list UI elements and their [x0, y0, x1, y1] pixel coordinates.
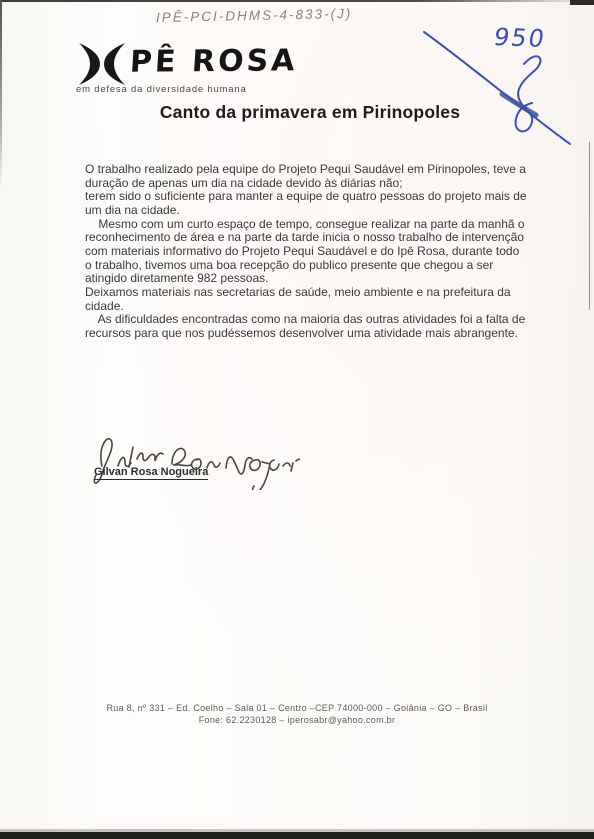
signature-printed-name: Gilvan Rosa Nogueira	[94, 466, 208, 480]
scan-edge-top	[0, 0, 594, 2]
org-logo: PÊ ROSA em defesa da diversidade humana	[76, 42, 297, 95]
body-line: Mesmo com um curto espaço de tempo, cons…	[85, 218, 560, 232]
footer-contact: Fone: 62.2230128 – iperosabr@yahoo.com.b…	[0, 715, 594, 727]
handwritten-reference-code: IPÊ-PCI-DHMS-4-833-(J)	[156, 6, 353, 25]
scan-corner-top-right	[570, 0, 594, 5]
double-crescent-icon	[76, 42, 128, 86]
letterhead-footer: Rua 8, nº 331 – Ed. Coelho – Sala 01 – C…	[0, 703, 594, 726]
scanned-document-page: IPÊ-PCI-DHMS-4-833-(J) 950 PÊ ROSA em de…	[0, 0, 594, 839]
body-line: O trabalho realizado pela equipe do Proj…	[85, 163, 560, 177]
body-line: reconhecimento de área e na parte da tar…	[85, 231, 560, 245]
document-body: O trabalho realizado pela equipe do Proj…	[85, 163, 560, 341]
scan-edge-bottom	[0, 832, 594, 839]
body-line: As dificuldades encontradas como na maio…	[85, 313, 560, 327]
handwritten-signature	[90, 430, 300, 490]
body-line: com materiais informativo do Projeto Peq…	[85, 245, 560, 259]
body-line: um dia na cidade.	[85, 204, 560, 218]
body-line: cidade.	[85, 300, 560, 314]
scan-edge-right	[589, 142, 590, 310]
body-line: duração de apenas um dia na cidade devid…	[85, 177, 560, 191]
pen-flourish-mark	[418, 24, 578, 154]
body-line: Deixamos materiais nas secretarias de sa…	[85, 286, 560, 300]
body-line: recursos para que nos pudéssemos desenvo…	[85, 327, 560, 341]
scan-edge-left	[0, 0, 2, 190]
logo-wordmark: PÊ ROSA	[129, 41, 299, 82]
footer-address: Rua 8, nº 331 – Ed. Coelho – Sala 01 – C…	[0, 703, 594, 715]
logo-tagline: em defesa da diversidade humana	[76, 84, 297, 95]
body-line: o trabalho, tivemos uma boa recepção do …	[85, 259, 560, 273]
document-title: Canto da primavera em Pirinopoles	[0, 102, 594, 123]
body-line: atingido diretamente 982 pessoas.	[85, 272, 560, 286]
body-line: terem sido o suficiente para manter a eq…	[85, 190, 560, 204]
